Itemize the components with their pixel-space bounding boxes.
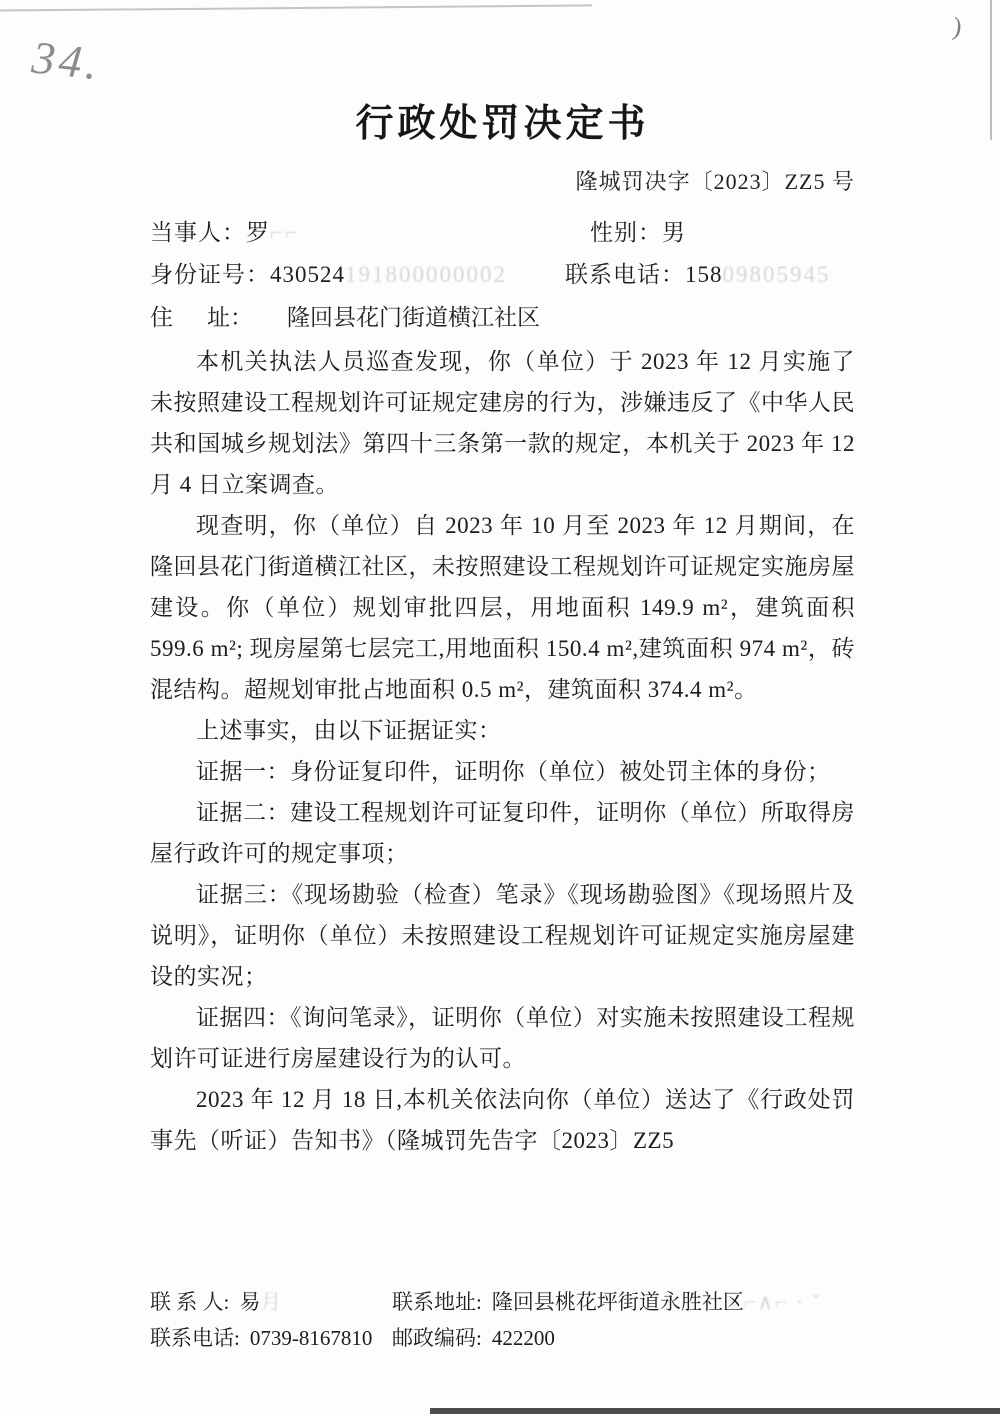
body-paragraph-6: 证据三：《现场勘验（检查）笔录》《现场勘验图》《现场照片及说明》，证明你（单位）… [150,874,855,997]
gender-label: 性别： [590,220,662,245]
contact-address-redacted: ⌐∧⌐ · ˇ [744,1290,822,1314]
footer-row-2: 联系电话:0739-8167810 邮政编码:422200 [150,1320,940,1356]
id-number-label: 身份证号： [150,262,270,287]
party-name-label: 当事人： [150,220,246,245]
document-body: 本机关执法人员巡查发现，你（单位）于 2023 年 12 月实施了未按照建设工程… [150,341,855,1161]
party-name-field: 当事人：罗⌐⌐ [150,212,590,255]
address-label-part1: 住 [150,305,173,330]
party-address-row: 住址：隆回县花门街道横江社区 [150,297,855,340]
gender-field: 性别：男 [590,212,855,255]
footer-contact-person: 联 系 人:易月 [150,1284,392,1320]
contact-phone-value: 0739-8167810 [250,1326,373,1350]
body-paragraph-5: 证据二：建设工程规划许可证复印件，证明你（单位）所取得房屋行政许可的规定事项； [150,792,855,874]
party-id-row: 身份证号：430524191800000002 联系电话：15809805945 [150,254,855,297]
party-name-redacted: ⌐⌐ [270,220,300,245]
party-info-block: 当事人：罗⌐⌐ 性别：男 身份证号：430524191800000002 联系电… [150,212,855,340]
phone-value: 158 [685,262,723,287]
contact-address-label: 联系地址: [392,1290,482,1314]
footer-postal-code: 邮政编码:422200 [392,1320,555,1356]
postal-code-value: 422200 [492,1326,555,1350]
contact-person-value: 易 [239,1290,260,1314]
body-paragraph-3: 上述事实，由以下证据证实： [150,710,855,751]
address-label-part2: 址： [207,305,253,330]
address-value: 隆回县花门街道横江社区 [287,305,540,330]
address-field: 住址：隆回县花门街道横江社区 [150,297,855,340]
document-content: 行政处罚决定书 隆城罚决字〔2023〕ZZ5 号 当事人：罗⌐⌐ 性别：男 身份… [0,0,1000,1161]
footer-contact-address: 联系地址:隆回县桃花坪街道永胜社区⌐∧⌐ · ˇ [392,1284,821,1320]
phone-redacted: 09805945 [723,262,831,287]
contact-phone-label: 联系电话: [150,1326,240,1350]
party-name-value: 罗 [246,220,270,245]
scan-artifact-bottom-strip [430,1408,1000,1414]
postal-code-label: 邮政编码: [392,1326,482,1350]
body-paragraph-4: 证据一：身份证复印件，证明你（单位）被处罚主体的身份； [150,751,855,792]
body-paragraph-1: 本机关执法人员巡查发现，你（单位）于 2023 年 12 月实施了未按照建设工程… [150,341,855,505]
footer-contact-phone: 联系电话:0739-8167810 [150,1320,392,1356]
footer-contact-block: 联 系 人:易月 联系地址:隆回县桃花坪街道永胜社区⌐∧⌐ · ˇ 联系电话:0… [150,1284,940,1356]
body-paragraph-7: 证据四：《询问笔录》，证明你（单位）对实施未按照建设工程规划许可证进行房屋建设行… [150,997,855,1079]
body-paragraph-2: 现查明，你（单位）自 2023 年 10 月至 2023 年 12 月期间，在隆… [150,505,855,710]
scanned-document-page: 34. ) 行政处罚决定书 隆城罚决字〔2023〕ZZ5 号 当事人：罗⌐⌐ 性… [0,0,1000,1414]
phone-label: 联系电话： [565,262,685,287]
contact-person-label: 联 系 人: [150,1290,229,1314]
id-number-redacted: 191800000002 [345,262,507,287]
contact-person-redacted: 月 [260,1290,283,1314]
document-number: 隆城罚决字〔2023〕ZZ5 号 [150,165,855,196]
footer-row-1: 联 系 人:易月 联系地址:隆回县桃花坪街道永胜社区⌐∧⌐ · ˇ [150,1284,940,1320]
gender-value: 男 [662,220,686,245]
contact-address-value: 隆回县桃花坪街道永胜社区 [492,1290,744,1314]
body-paragraph-8: 2023 年 12 月 18 日,本机关依法向你（单位）送达了《行政处罚事先（听… [150,1079,855,1161]
document-title: 行政处罚决定书 [150,102,855,148]
id-number-field: 身份证号：430524191800000002 [150,254,565,297]
party-name-row: 当事人：罗⌐⌐ 性别：男 [150,212,855,255]
id-number-value: 430524 [270,262,345,287]
phone-field: 联系电话：15809805945 [565,254,855,297]
